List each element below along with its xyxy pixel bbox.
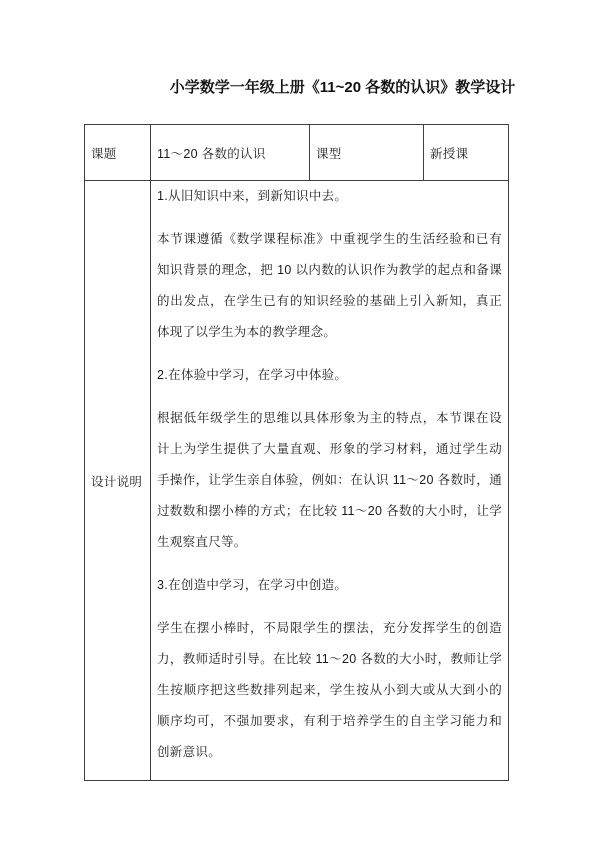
document-title: 小学数学一年级上册《11~20 各数的认识》教学设计 — [0, 0, 595, 98]
design-notes-label-cell: 设计说明 — [85, 181, 151, 781]
table-row-design-notes: 设计说明 1.从旧知识中来，到新知识中去。 本节课遵循《数学课程标准》中重视学生… — [85, 181, 509, 781]
topic-label-cell: 课题 — [85, 125, 151, 181]
design-paragraph-1: 1.从旧知识中来，到新知识中去。 — [157, 181, 502, 212]
design-paragraph-4: 根据低年级学生的思维以具体形象为主的特点，本节课在设计上为学生提供了大量直观、形… — [157, 403, 502, 558]
topic-value-cell: 11～20 各数的认识 — [151, 125, 310, 181]
course-type-label-cell: 课型 — [310, 125, 424, 181]
design-paragraph-6: 学生在摆小棒时，不局限学生的摆法，充分发挥学生的创造力，教师适时引导。在比较 1… — [157, 613, 502, 768]
table-row-header: 课题 11～20 各数的认识 课型 新授课 — [85, 125, 509, 181]
lesson-plan-table: 课题 11～20 各数的认识 课型 新授课 设计说明 1.从旧知识中来，到新知识… — [84, 124, 509, 781]
design-paragraph-2: 本节课遵循《数学课程标准》中重视学生的生活经验和已有知识背景的理念，把 10 以… — [157, 224, 502, 348]
document-page: 小学数学一年级上册《11~20 各数的认识》教学设计 课题 11～20 各数的认… — [0, 0, 595, 842]
course-type-value-cell: 新授课 — [424, 125, 509, 181]
design-paragraph-5: 3.在创造中学习，在学习中创造。 — [157, 570, 502, 601]
design-notes-content-cell: 1.从旧知识中来，到新知识中去。 本节课遵循《数学课程标准》中重视学生的生活经验… — [151, 181, 509, 781]
design-paragraph-3: 2.在体验中学习，在学习中体验。 — [157, 360, 502, 391]
